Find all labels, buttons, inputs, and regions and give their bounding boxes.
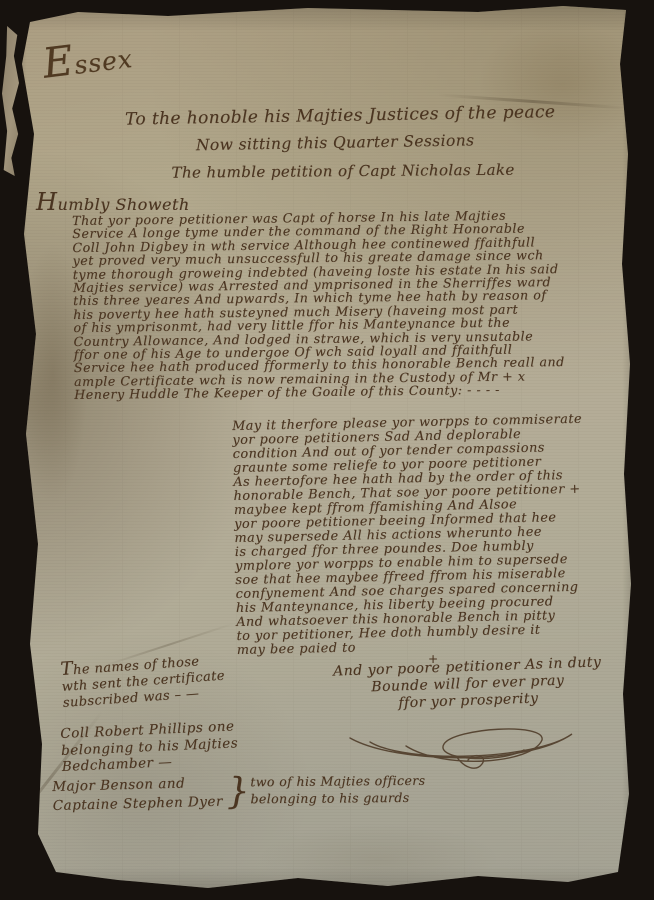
manuscript-line: belonging to his gaurds <box>251 789 426 808</box>
paper-stain <box>258 824 498 894</box>
prayer-paragraph: May it therfore please yor worpps to com… <box>232 413 587 658</box>
paper-stain <box>478 24 648 144</box>
manuscript-line: two of his Majties officers <box>250 772 425 791</box>
closing-formula: And yor poore petitioner As in dutyBound… <box>322 654 614 715</box>
body-paragraph: That yor poore petitioner was Capt of ho… <box>72 208 565 402</box>
witness-description: two of his Majties officersbelonging to … <box>250 772 425 808</box>
torn-paper-fragment <box>2 26 19 176</box>
signatory-phillips: Coll Robert Phillips onebelonging to his… <box>60 718 239 775</box>
brace-glyph: } <box>226 774 247 811</box>
heading-petitioner: The humble petition of Capt Nicholas Lak… <box>128 160 558 182</box>
witness-names: Major Benson andCaptaine Stephen Dyer <box>52 774 223 816</box>
manuscript-photo: Essex To the honoble his Majties Justice… <box>0 0 654 900</box>
signature-flourish <box>336 712 586 776</box>
